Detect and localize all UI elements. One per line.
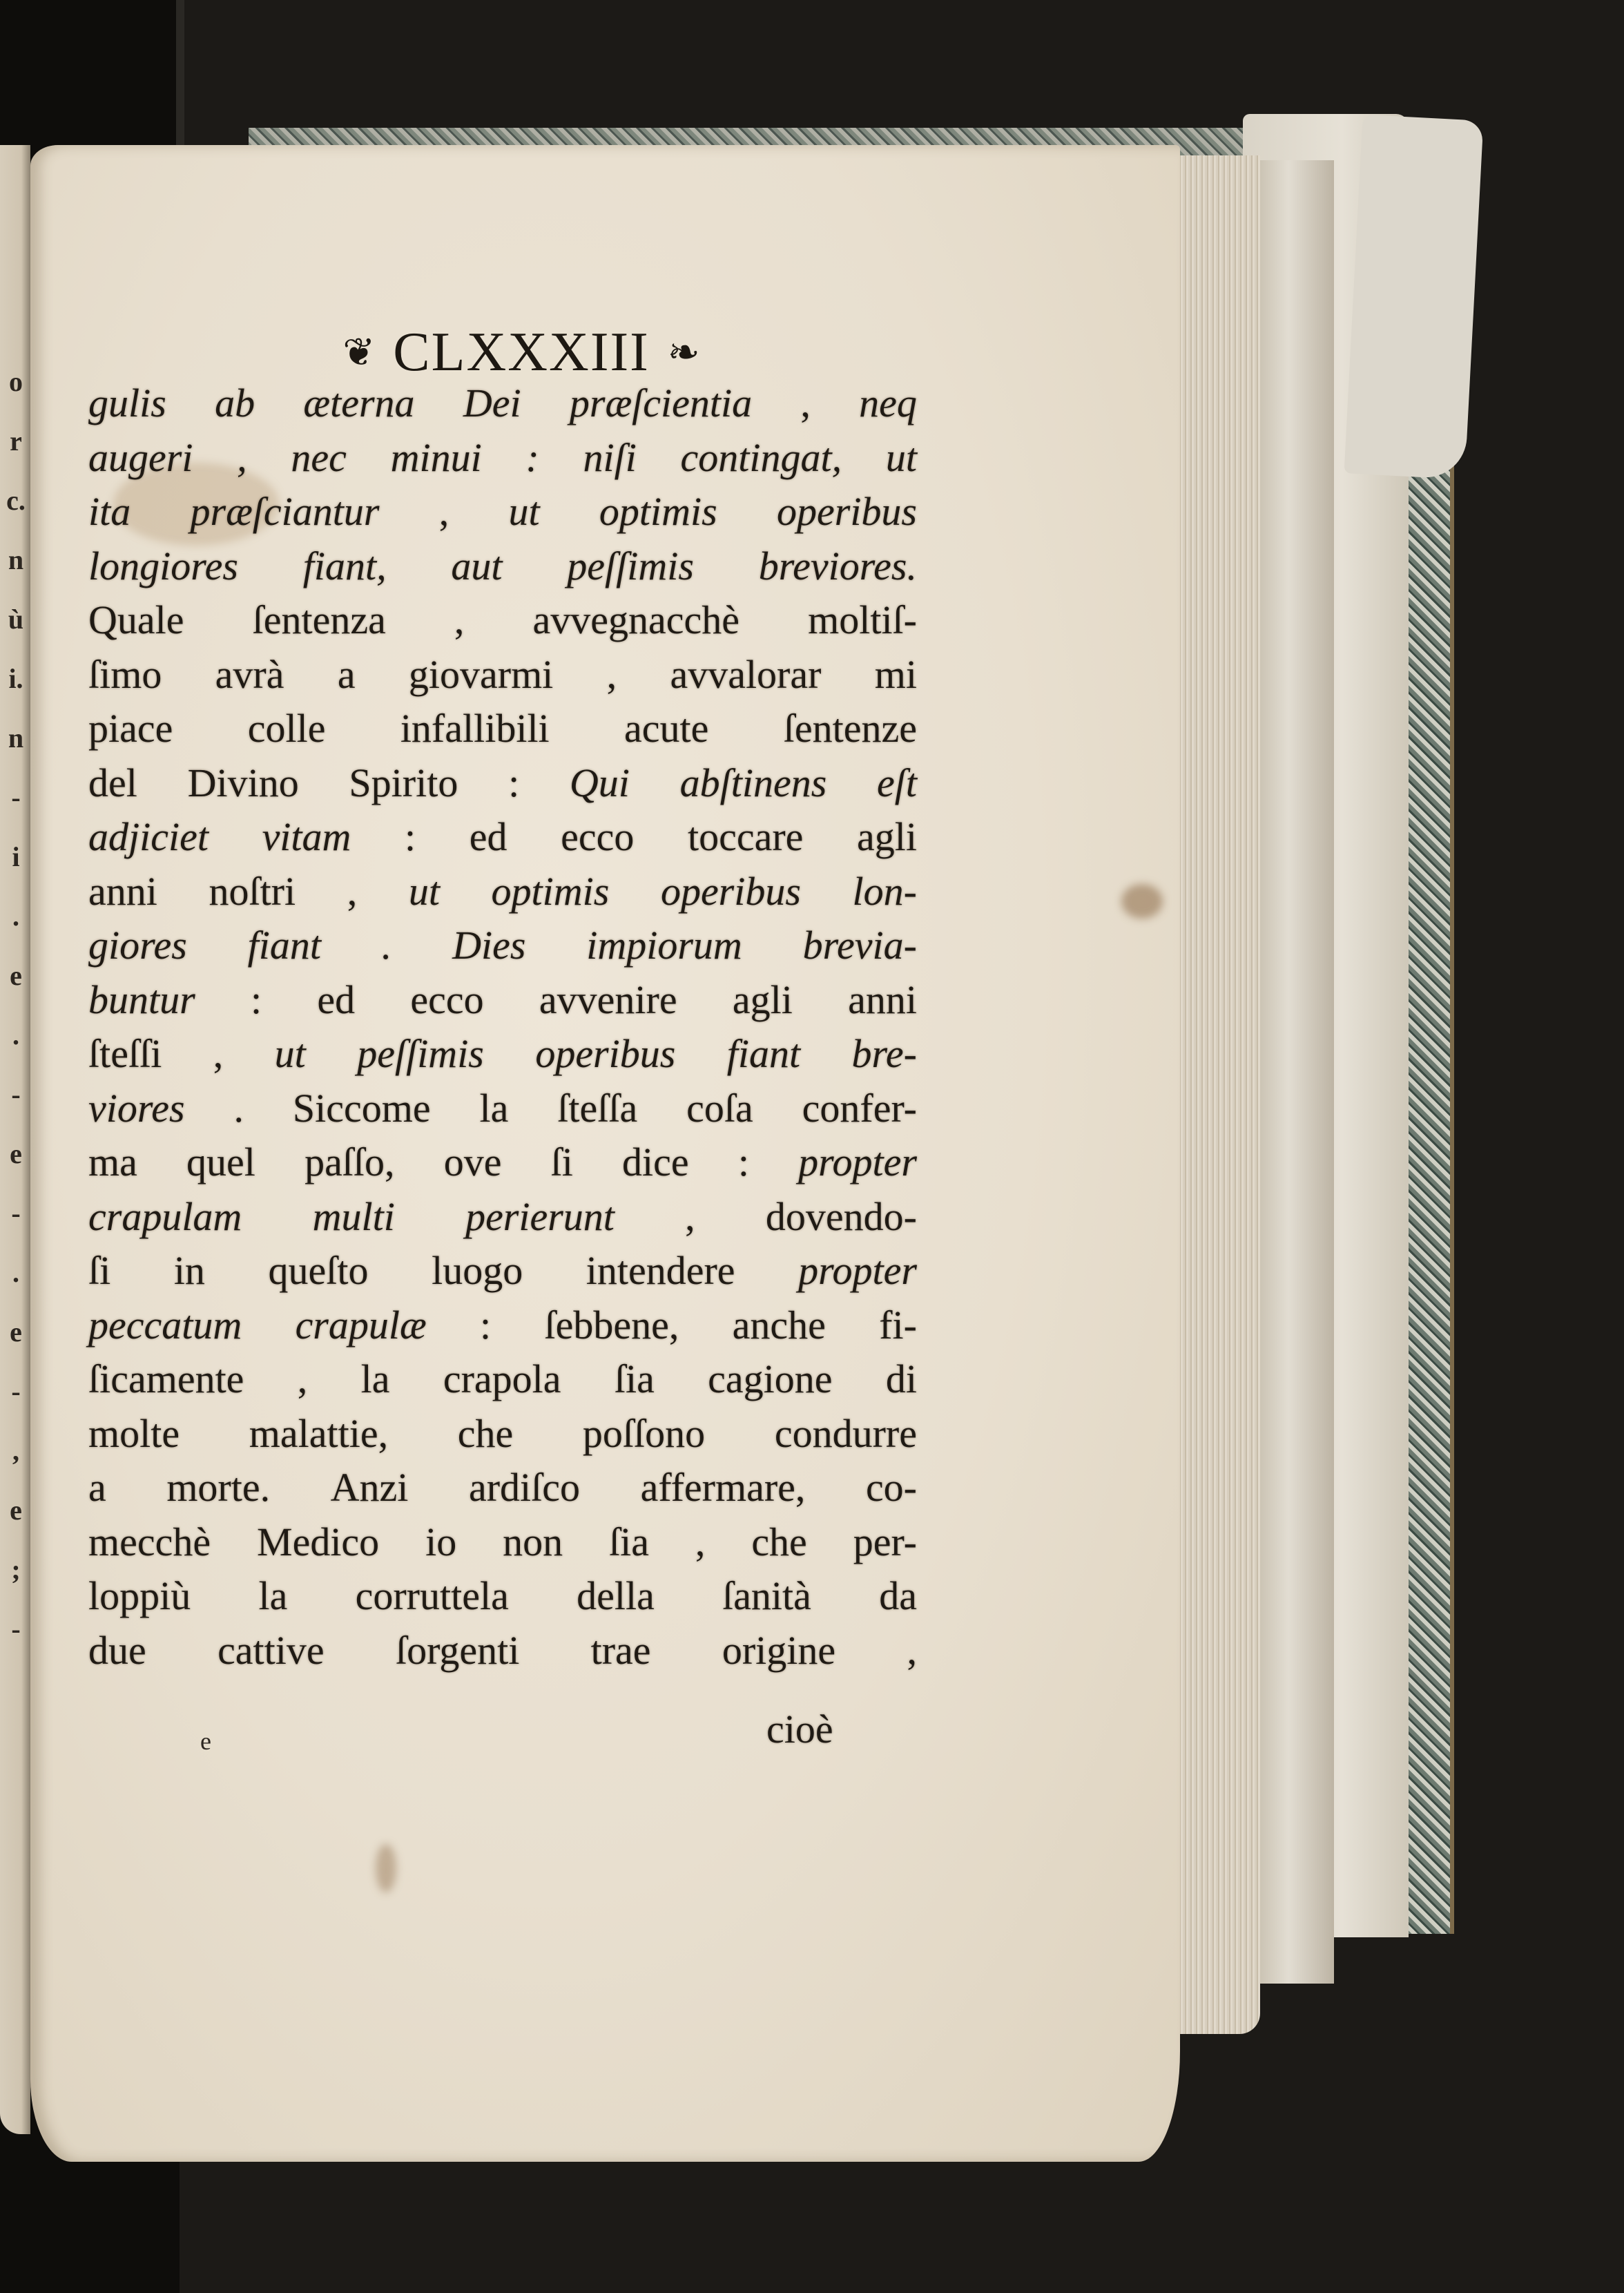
text-line: gulisabæternaDeipræſcientia,neq [88,376,917,431]
word: avvegnacchè [533,593,739,648]
facing-page-glyph: . [4,887,28,946]
word: non [503,1515,563,1570]
word: : [738,1135,749,1190]
foxing-stain [376,1844,396,1892]
word: anni [848,973,917,1028]
word: nec [291,431,347,486]
word: a [338,648,356,702]
word: abſtinens [680,756,827,811]
word: di [886,1352,917,1407]
word: præſcientia [570,376,752,431]
word: dice [622,1135,689,1190]
text-line: longioresfiant,autpeſſimisbreviores. [88,539,917,594]
word: che [751,1515,807,1570]
torn-flyleaf [1344,115,1484,479]
word: che [458,1407,514,1461]
word: affermare, [641,1461,806,1515]
text-line: duecattiveſorgentitraeorigine, [88,1624,917,1678]
word: Dies [452,919,525,973]
word: . [382,919,392,973]
word: eſt [877,756,917,811]
word: aut [451,539,502,594]
word: fiant, [303,539,387,594]
word: ut [409,865,440,919]
word: optimis [492,865,610,919]
text-line: anninoſtri,utoptimisoperibuslon- [88,865,917,919]
page-stack-fore-edge [1177,155,1260,2034]
word: mi [875,648,917,702]
facing-page-glyph: - [4,768,28,827]
facing-page-glyph: e [4,1303,28,1362]
word: la [480,1082,509,1136]
word: breviores. [759,539,917,594]
word: , [298,1352,308,1407]
word: ecco [561,810,634,865]
word: fiant [727,1027,800,1082]
text-line: adjicietvitam:edeccotoccareagli [88,810,917,865]
word: mecchè [88,1515,211,1570]
fleuron-left-icon: ❦ [342,330,375,375]
word: , [439,485,449,539]
word: condurre [775,1407,917,1461]
facing-page-glyph: n [4,530,28,590]
word: toccare [688,810,803,865]
word: ſentenze [784,702,917,756]
word: , [237,431,247,486]
word: intendere [586,1244,735,1298]
word: giores [88,919,187,973]
word: Quale [88,593,184,648]
word: co- [866,1461,917,1515]
fleuron-right-icon: ❧ [668,330,700,375]
word: cattive [217,1624,325,1678]
word: ove [444,1135,502,1190]
word: brevia- [803,919,917,973]
text-line: ſicamente,lacrapolaſiacagionedi [88,1352,917,1407]
word: crapulæ [296,1298,427,1353]
word: ſicamente [88,1352,244,1407]
word: in [174,1244,205,1298]
signature-mark: e [200,1727,211,1756]
word: cagione [708,1352,832,1407]
word: ſia [609,1515,649,1570]
facing-page-glyph: n [4,709,28,768]
text-line: itapræſciantur,utoptimisoperibus [88,485,917,539]
page-number: CLXXXIII [393,321,649,384]
word: : [525,431,539,486]
facing-page-glyph: . [4,1006,28,1065]
word: : [251,973,262,1028]
word: adjiciet [88,810,209,865]
facing-page-glyph: - [4,1362,28,1421]
text-line: mecchèMedicoiononſia,cheper- [88,1515,917,1570]
word: Siccome [293,1082,431,1136]
word: origine [722,1624,835,1678]
word: ſi [551,1135,573,1190]
word: dovendo- [766,1190,917,1245]
word: giovarmi [409,648,553,702]
word: ſentenza [253,593,386,648]
word: : [480,1298,491,1353]
text-line: ſteſſi,utpeſſimisoperibusfiantbre- [88,1027,917,1082]
word: buntur [88,973,195,1028]
word: , [695,1515,706,1570]
word: , [607,648,617,702]
word: ardiſco [469,1461,580,1515]
word: quel [186,1135,255,1190]
facing-page-text-fragments: orc.nùi.n-i.e.-e-.e-,e;- [4,352,28,1659]
word: : [508,756,519,811]
word: operibus [661,865,801,919]
word: operibus [777,485,917,539]
word: colle [248,702,326,756]
word: ſteſſa [557,1082,637,1136]
text-line: ſimoavràagiovarmi,avvalorarmi [88,648,917,702]
word: contingat, [681,431,842,486]
facing-page-glyph: ; [4,1540,28,1600]
word: ſorgenti [396,1624,519,1678]
word: piace [88,702,173,756]
facing-page-glyph: c. [4,471,28,530]
word: præſciantur [191,485,380,539]
word: io [425,1515,456,1570]
word: operibus [535,1027,675,1082]
word: ed [317,973,355,1028]
word: paſſo, [304,1135,394,1190]
text-line: loppiùlacorrutteladellaſanitàda [88,1569,917,1624]
word: moltiſ- [808,593,917,648]
text-line: viores.Siccomelaſteſſacoſaconfer- [88,1082,917,1136]
word: æterna [303,376,414,431]
word: ab [215,376,255,431]
word: crapulam [88,1190,242,1245]
text-line: ſiinqueſtoluogointenderepropter [88,1244,917,1298]
facing-page-glyph: i [4,827,28,887]
facing-page-glyph: - [4,1065,28,1124]
text-line: peccatumcrapulæ:ſebbene,anchefi- [88,1298,917,1353]
word: a [88,1461,106,1515]
word: per- [853,1515,917,1570]
word: , [347,865,358,919]
word: noſtri [209,865,296,919]
facing-page-glyph: , [4,1421,28,1481]
word: minui [391,431,482,486]
word: niſi [583,431,636,486]
word: impiorum [586,919,742,973]
word: longiores [88,539,238,594]
text-line: amorte.Anziardiſcoaffermare,co- [88,1461,917,1515]
word: confer- [802,1082,917,1136]
facing-page-glyph: - [4,1184,28,1243]
facing-page-glyph: i. [4,649,28,709]
word: agli [733,973,793,1028]
text-line: delDivinoSpirito:Quiabſtinenseſt [88,756,917,811]
facing-page-glyph: - [4,1600,28,1659]
word: : [405,810,416,865]
word: malattie, [249,1407,388,1461]
word: due [88,1624,146,1678]
facing-page-glyph: r [4,412,28,471]
word: viores [88,1082,185,1136]
word: augeri [88,431,193,486]
catchword: cioè [766,1706,833,1752]
word: , [907,1624,917,1678]
facing-page-glyph: e [4,946,28,1006]
word: trae [591,1624,651,1678]
word: , [800,376,811,431]
word: da [879,1569,917,1624]
word: fiant [248,919,321,973]
word: peſſimis [357,1027,484,1082]
word: la [259,1569,288,1624]
word: vitam [262,810,351,865]
word: , [685,1190,695,1245]
word: , [213,1027,224,1082]
word: . [234,1082,244,1136]
word: del [88,756,137,811]
word: agli [857,810,917,865]
word: corruttela [356,1569,509,1624]
word: ed [470,810,507,865]
foxing-stain [1121,884,1163,919]
word: anni [88,865,157,919]
word: anche [733,1298,826,1353]
word: ſanità [722,1569,811,1624]
word: avvalorar [670,648,821,702]
word: peccatum [88,1298,242,1353]
word: avvenire [539,973,677,1028]
word: molte [88,1407,180,1461]
word: Divino [188,756,299,811]
word: ut [509,485,540,539]
word: crapola [443,1352,561,1407]
word: Medico [257,1515,379,1570]
word: optimis [599,485,717,539]
word: coſa [686,1082,753,1136]
word: morte. [166,1461,270,1515]
word: propter [798,1135,917,1190]
word: , [454,593,465,648]
word: poſſono [583,1407,705,1461]
word: ſi [88,1244,110,1298]
body-text: gulisabæternaDeipræſcientia,neqaugeri,ne… [88,376,917,1678]
text-line: augeri,necminui:niſicontingat,ut [88,431,917,486]
word: neq [859,376,917,431]
word: gulis [88,376,166,431]
word: ut [275,1027,306,1082]
word: avrà [215,648,284,702]
word: propter [798,1244,917,1298]
facing-page-glyph: . [4,1243,28,1303]
facing-page-glyph: e [4,1124,28,1184]
word: infallibili [400,702,550,756]
text-line: Qualeſentenza,avvegnacchèmoltiſ- [88,593,917,648]
word: ſimo [88,648,162,702]
word: ſia [615,1352,655,1407]
text-line: maquelpaſſo,oveſidice:propter [88,1135,917,1190]
word: della [577,1569,655,1624]
word: Anzi [331,1461,409,1515]
page-stack-back [1258,160,1334,1984]
facing-page-edge: orc.nùi.n-i.e.-e-.e-,e;- [0,145,30,2134]
word: ut [886,431,917,486]
word: perierunt [465,1190,615,1245]
word: bre- [852,1027,917,1082]
word: luogo [432,1244,523,1298]
facing-page-glyph: ù [4,590,28,649]
word: ſebbene, [544,1298,679,1353]
word: fi- [879,1298,917,1353]
word: ſteſſi [88,1027,162,1082]
word: queſto [269,1244,369,1298]
text-line: moltemalattie,chepoſſonocondurre [88,1407,917,1461]
word: ma [88,1135,137,1190]
word: peſſimis [567,539,694,594]
word: Spirito [349,756,458,811]
word: ecco [410,973,483,1028]
text-line: buntur:edeccoavvenireaglianni [88,973,917,1028]
facing-page-glyph: o [4,352,28,412]
word: multi [313,1190,395,1245]
word: Dei [463,376,521,431]
word: Qui [570,756,630,811]
facing-page-glyph: e [4,1481,28,1540]
text-line: crapulammultiperierunt,dovendo- [88,1190,917,1245]
word: acute [624,702,708,756]
word: la [361,1352,390,1407]
word: loppiù [88,1569,191,1624]
word: ita [88,485,130,539]
text-line: piacecolleinfallibiliacuteſentenze [88,702,917,756]
word: lon- [853,865,917,919]
text-line: gioresfiant.Diesimpiorumbrevia- [88,919,917,973]
